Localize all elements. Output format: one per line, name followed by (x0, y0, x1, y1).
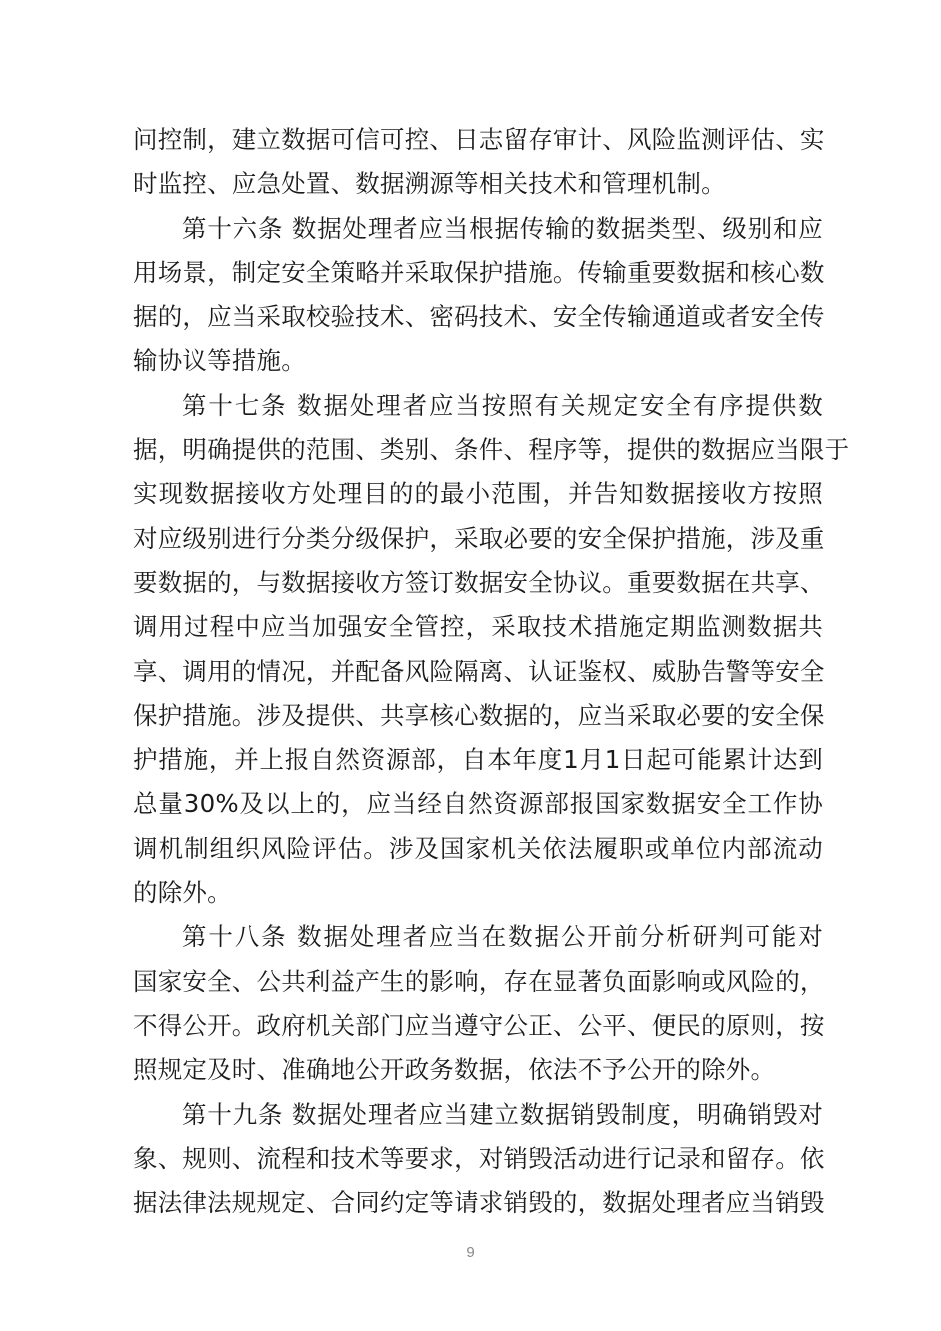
text-line: 用场景，制定安全策略并采取保护措施。传输重要数据和核心数 (133, 251, 823, 295)
text-line: 时监控、应急处置、数据溯源等相关技术和管理机制。 (133, 162, 823, 206)
text-line: 据法律法规规定、合同约定等请求销毁的，数据处理者应当销毁 (133, 1181, 823, 1225)
page-number: 9 (0, 1244, 941, 1261)
article-17-heading-line: 第十七条 数据处理者应当按照有关规定安全有序提供数 (133, 384, 823, 428)
article-18-heading-line: 第十八条 数据处理者应当在数据公开前分析研判可能对 (133, 915, 823, 959)
text-line: 要数据的，与数据接收方签订数据安全协议。重要数据在共享、 (133, 561, 823, 605)
text-line: 据，明确提供的范围、类别、条件、程序等，提供的数据应当限于 (133, 428, 823, 472)
text-line: 实现数据接收方处理目的的最小范围，并告知数据接收方按照 (133, 472, 823, 516)
text-line: 总量30%及以上的，应当经自然资源部报国家数据安全工作协 (133, 782, 823, 826)
text-line: 问控制，建立数据可信可控、日志留存审计、风险监测评估、实 (133, 118, 823, 162)
body-text: 问控制，建立数据可信可控、日志留存审计、风险监测评估、实 时监控、应急处置、数据… (133, 118, 823, 1225)
article-19-heading-line: 第十九条 数据处理者应当建立数据销毁制度，明确销毁对 (133, 1093, 823, 1137)
article-16-heading-line: 第十六条 数据处理者应当根据传输的数据类型、级别和应 (133, 207, 823, 251)
text-line: 输协议等措施。 (133, 339, 823, 383)
text-line: 不得公开。政府机关部门应当遵守公正、公平、便民的原则，按 (133, 1004, 823, 1048)
text-line: 保护措施。涉及提供、共享核心数据的，应当采取必要的安全保 (133, 694, 823, 738)
text-line: 象、规则、流程和技术等要求，对销毁活动进行记录和留存。依 (133, 1137, 823, 1181)
text-line: 享、调用的情况，并配备风险隔离、认证鉴权、威胁告警等安全 (133, 650, 823, 694)
text-line: 国家安全、公共利益产生的影响，存在显著负面影响或风险的， (133, 960, 823, 1004)
text-line: 据的，应当采取校验技术、密码技术、安全传输通道或者安全传 (133, 295, 823, 339)
text-line: 护措施，并上报自然资源部，自本年度1月1日起可能累计达到 (133, 738, 823, 782)
document-page: 问控制，建立数据可信可控、日志留存审计、风险监测评估、实 时监控、应急处置、数据… (0, 0, 941, 1331)
text-line: 对应级别进行分类分级保护，采取必要的安全保护措施，涉及重 (133, 517, 823, 561)
text-line: 照规定及时、准确地公开政务数据，依法不予公开的除外。 (133, 1048, 823, 1092)
text-line: 的除外。 (133, 871, 823, 915)
text-line: 调用过程中应当加强安全管控，采取技术措施定期监测数据共 (133, 605, 823, 649)
text-line: 调机制组织风险评估。涉及国家机关依法履职或单位内部流动 (133, 827, 823, 871)
